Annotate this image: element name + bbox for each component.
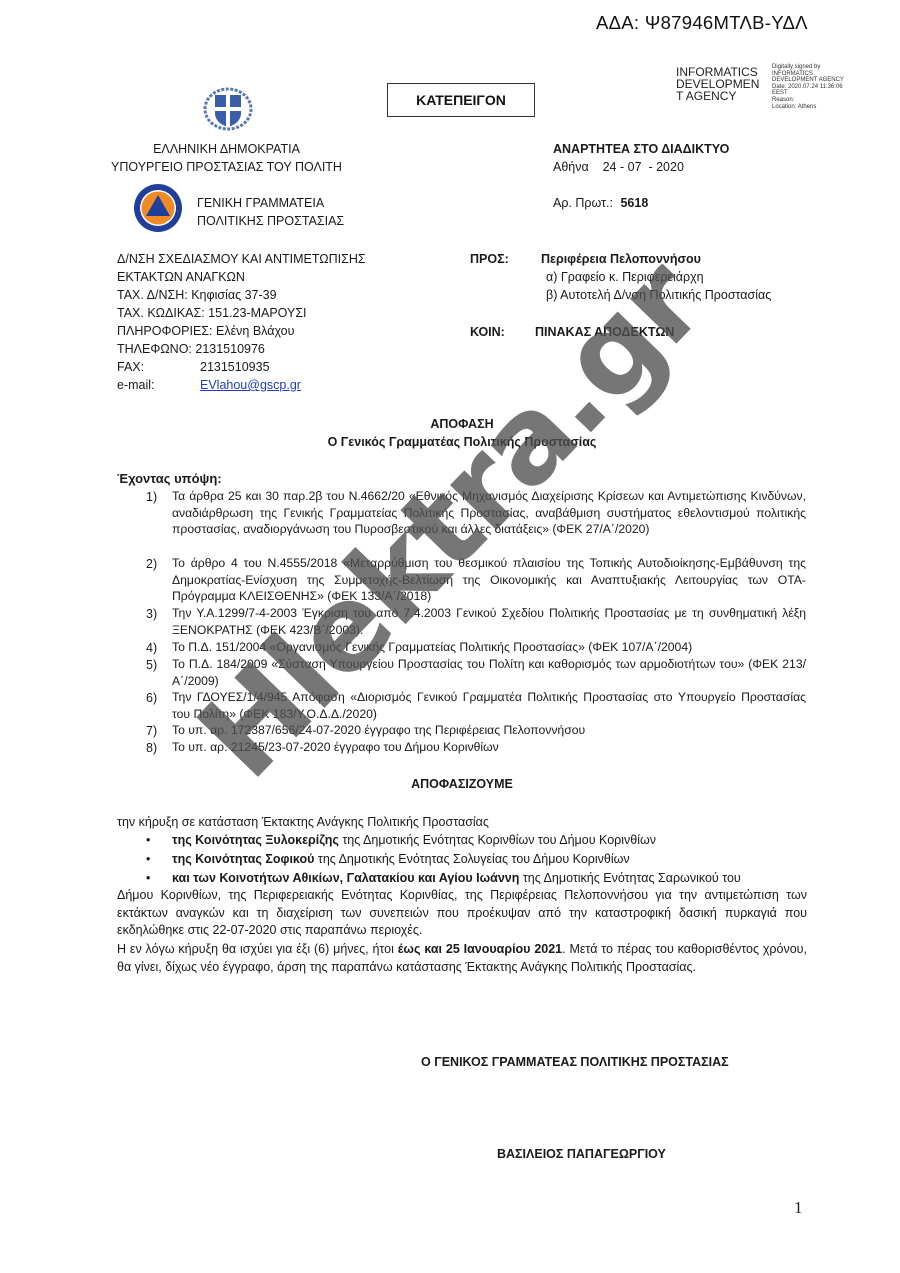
fax-label: FAX: — [117, 358, 200, 376]
declaration-bullet: • της Κοινότητας Ξυλοκερίζης της Δημοτικ… — [146, 831, 806, 849]
signature-detail-line: EEST — [772, 90, 844, 97]
item-number: 2) — [146, 555, 157, 573]
bullet-rest: της Δημοτικής Ενότητας Κορινθίων του Δήμ… — [339, 833, 656, 847]
fax-value: 2131510935 — [200, 360, 270, 374]
secretariat-line: ΓΕΝΙΚΗ ΓΡΑΜΜΑΤΕΙΑ — [197, 194, 344, 212]
signatory-title: Ο ΓΕΝΙΚΟΣ ΓΡΑΜΜΑΤΕΑΣ ΠΟΛΙΤΙΚΗΣ ΠΡΟΣΤΑΣΙΑ… — [421, 1053, 729, 1071]
cc-label: ΚΟΙΝ: — [470, 323, 505, 341]
consideration-item: 3) Την Υ.Α.1299/7-4-2003 Έγκριση του από… — [146, 605, 806, 638]
email-row: e-mail:EVlahou@gscp.gr — [117, 376, 366, 394]
signature-detail-line: Date: 2020.07.24 11:36:06 — [772, 84, 844, 91]
decision-title: ΑΠΟΦΑΣΗ — [117, 415, 807, 433]
considering-label: Έχοντας υπόψη: — [117, 470, 222, 488]
bullet-dot: • — [146, 850, 150, 868]
duration-paragraph: Η εν λόγω κήρυξη θα ισχύει για έξι (6) μ… — [117, 941, 807, 976]
declaration-continuation: Δήμου Κορινθίων, της Περιφερειακής Ενότη… — [117, 887, 807, 940]
to-a: α) Γραφείο κ. Περιφερειάρχη — [546, 268, 704, 286]
to-label: ΠΡΟΣ: — [470, 250, 509, 268]
fax-row: FAX:2131510935 — [117, 358, 366, 376]
signature-detail-line: Location: Athens — [772, 104, 844, 111]
directorate-line: ΕΚΤΑΚΤΩΝ ΑΝΑΓΚΩΝ — [117, 268, 366, 286]
bullet-rest: της Δημοτικής Ενότητας Σαρωνικού του — [519, 871, 740, 885]
declaration-bullet: • της Κοινότητας Σοφικού της Δημοτικής Ε… — [146, 850, 806, 868]
item-text: Την Υ.Α.1299/7-4-2003 Έγκριση του από 7.… — [172, 605, 806, 638]
bullet-dot: • — [146, 869, 150, 887]
sender-header: ΕΛΛΗΝΙΚΗ ΔΗΜΟΚΡΑΤΙΑ ΥΠΟΥΡΓΕΙΟ ΠΡΟΣΤΑΣΙΑΣ… — [0, 140, 453, 176]
signature-details: Digitally signed by INFORMATICS DEVELOPM… — [772, 64, 844, 110]
bullet-bold: της Κοινότητας Σοφικού — [172, 852, 314, 866]
secretariat-label: ΓΕΝΙΚΗ ΓΡΑΜΜΑΤΕΙΑ ΠΟΛΙΤΙΚΗΣ ΠΡΟΣΤΑΣΙΑΣ — [197, 194, 344, 230]
secretariat-line: ΠΟΛΙΤΙΚΗΣ ΠΡΟΣΤΑΣΙΑΣ — [197, 212, 344, 230]
signature-detail-line: DEVELOPMENT AGENCY — [772, 77, 844, 84]
item-text: Το υπ. αρ. 172387/656/24-07-2020 έγγραφο… — [172, 722, 806, 739]
item-number: 8) — [146, 739, 157, 757]
item-number: 7) — [146, 722, 157, 740]
item-number: 5) — [146, 656, 157, 674]
urgent-label-box: ΚΑΤΕΠΕΙΓΟΝ — [387, 83, 535, 117]
bullet-bold: της Κοινότητας Ξυλοκερίζης — [172, 833, 339, 847]
signature-line: T AGENCY — [676, 90, 759, 102]
ada-code: ΑΔΑ: Ψ87946ΜΤΛΒ-ΥΔΛ — [596, 12, 808, 34]
address: ΤΑΧ. Δ/ΝΣΗ: Κηφισίας 37-39 — [117, 286, 366, 304]
civil-protection-logo-icon — [133, 183, 183, 233]
info-contact: ΠΛΗΡΟΦΟΡΙΕΣ: Ελένη Βλάχου — [117, 322, 366, 340]
item-text: Το Π.Δ. 151/2004 «Οργανισμός Γενικής Γρα… — [172, 639, 806, 656]
to-main: Περιφέρεια Πελοποννήσου — [541, 250, 701, 268]
declaration-intro: την κήρυξη σε κατάσταση Έκτακτης Ανάγκης… — [117, 813, 489, 831]
protocol-value: 5618 — [620, 196, 648, 210]
bullet-rest: της Δημοτικής Ενότητας Σολυγείας του Δήμ… — [314, 852, 629, 866]
item-number: 4) — [146, 639, 157, 657]
item-text: Το άρθρο 4 του Ν.4555/2018 «Μεταρρύθμιση… — [172, 555, 806, 605]
publish-note: ΑΝΑΡΤΗΤΕΑ ΣΤΟ ΔΙΑΔΙΚΤΥΟ — [553, 140, 729, 158]
duration-end-date: έως και 25 Ιανουαρίου 2021 — [398, 942, 562, 956]
item-text: Το υπ. αρ. 21245/23-07-2020 έγγραφο του … — [172, 739, 806, 756]
sender-contact-block: Δ/ΝΣΗ ΣΧΕΔΙΑΣΜΟΥ ΚΑΙ ΑΝΤΙΜΕΤΩΠΙΣΗΣ ΕΚΤΑΚ… — [117, 250, 366, 394]
consideration-item: 2) Το άρθρο 4 του Ν.4555/2018 «Μεταρρύθμ… — [146, 555, 806, 605]
signature-detail-line: Reason: — [772, 97, 844, 104]
bullet-bold: και των Κοινοτήτων Αθικίων, Γαλατακίου κ… — [172, 871, 519, 885]
phone: ΤΗΛΕΦΩΝΟ: 2131510976 — [117, 340, 366, 358]
protocol-label: Αρ. Πρωτ.: — [553, 196, 613, 210]
item-text: Τα άρθρα 25 και 30 παρ.2β του Ν.4662/20 … — [172, 488, 806, 538]
signatory-name: ΒΑΣΙΛΕΙΟΣ ΠΑΠΑΓΕΩΡΓΙΟΥ — [497, 1145, 666, 1163]
postal-code: ΤΑΧ. ΚΩΔΙΚΑΣ: 151.23-ΜΑΡΟΥΣΙ — [117, 304, 366, 322]
duration-pre: Η εν λόγω κήρυξη θα ισχύει για έξι (6) μ… — [117, 942, 398, 956]
item-text: Το Π.Δ. 184/2009 «Σύσταση Υπουργείου Προ… — [172, 656, 806, 689]
decide-label: ΑΠΟΦΑΣΙΖΟΥΜΕ — [117, 775, 807, 793]
email-link[interactable]: EVlahou@gscp.gr — [200, 378, 301, 392]
consideration-item: 4) Το Π.Δ. 151/2004 «Οργανισμός Γενικής … — [146, 639, 806, 656]
item-number: 1) — [146, 488, 157, 506]
item-number: 3) — [146, 605, 157, 623]
consideration-item: 8) Το υπ. αρ. 21245/23-07-2020 έγγραφο τ… — [146, 739, 806, 756]
item-text: Την ΓΔΟΥΕΣ/1/4/945 Απόφαση «Διορισμός Γε… — [172, 689, 806, 722]
declaration-bullet: • και των Κοινοτήτων Αθικίων, Γαλατακίου… — [146, 869, 806, 887]
bullet-dot: • — [146, 831, 150, 849]
decision-subtitle: Ο Γενικός Γραμματέας Πολιτικής Προστασία… — [117, 433, 807, 451]
consideration-item: 7) Το υπ. αρ. 172387/656/24-07-2020 έγγρ… — [146, 722, 806, 739]
signature-org-name: INFORMATICS DEVELOPMEN T AGENCY — [676, 66, 759, 102]
protocol-number: Αρ. Πρωτ.: 5618 — [553, 194, 648, 212]
item-number: 6) — [146, 689, 157, 707]
greek-emblem-icon — [203, 87, 253, 131]
page-number: 1 — [794, 1198, 803, 1218]
consideration-item: 1) Τα άρθρα 25 και 30 παρ.2β του Ν.4662/… — [146, 488, 806, 538]
signature-detail-line: Digitally signed by — [772, 64, 844, 71]
directorate-line: Δ/ΝΣΗ ΣΧΕΔΙΑΣΜΟΥ ΚΑΙ ΑΝΤΙΜΕΤΩΠΙΣΗΣ — [117, 250, 366, 268]
consideration-item: 5) Το Π.Δ. 184/2009 «Σύσταση Υπουργείου … — [146, 656, 806, 689]
cc-value: ΠΙΝΑΚΑΣ ΑΠΟΔΕΚΤΩΝ — [535, 323, 674, 341]
republic-label: ΕΛΛΗΝΙΚΗ ΔΗΜΟΚΡΑΤΙΑ — [0, 140, 453, 158]
to-b: β) Αυτοτελή Δ/νση Πολιτικής Προστασίας — [546, 286, 771, 304]
consideration-item: 6) Την ΓΔΟΥΕΣ/1/4/945 Απόφαση «Διορισμός… — [146, 689, 806, 722]
ministry-label: ΥΠΟΥΡΓΕΙΟ ΠΡΟΣΤΑΣΙΑΣ ΤΟΥ ΠΟΛΙΤΗ — [0, 158, 453, 176]
city-date: Αθήνα 24 - 07 - 2020 — [553, 158, 684, 176]
signature-detail-line: INFORMATICS — [772, 71, 844, 78]
email-label: e-mail: — [117, 376, 200, 394]
